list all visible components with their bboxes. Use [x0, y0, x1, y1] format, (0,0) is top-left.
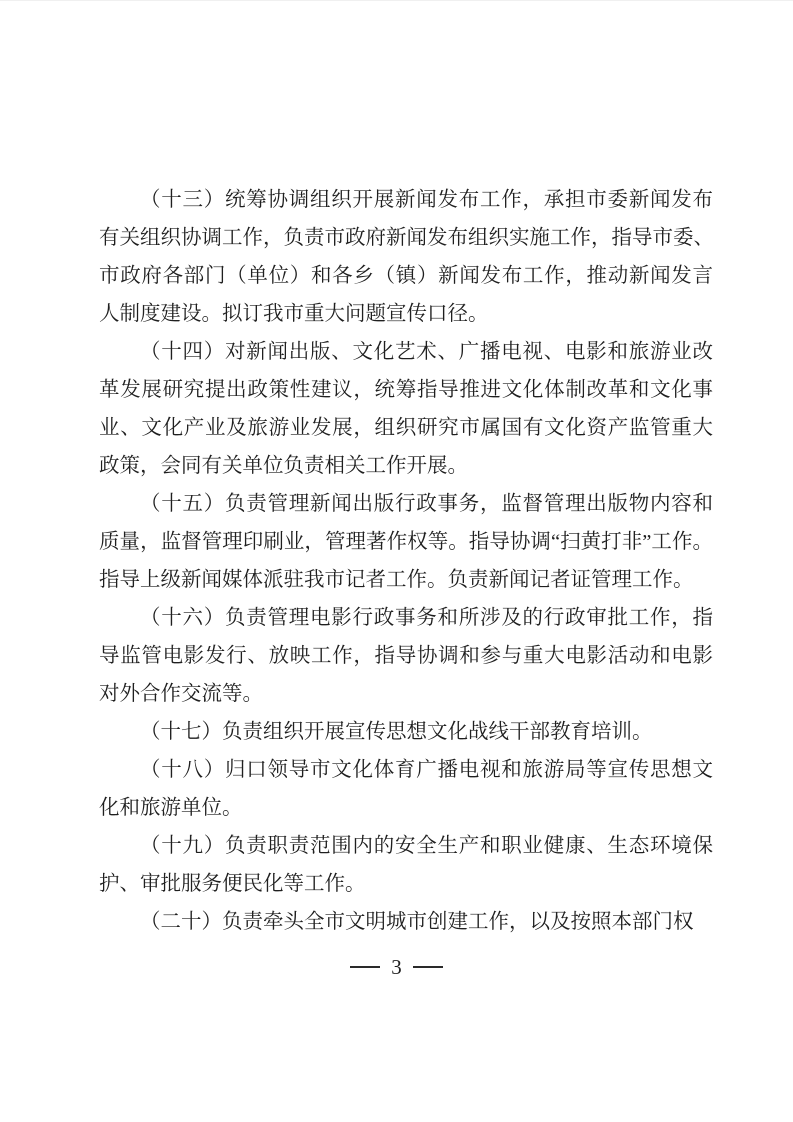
text-line: （十七）负责组织开展宣传思想文化战线干部教育培训。 [99, 713, 713, 751]
text-line: 业、文化产业及旅游业发展，组织研究市属国有文化资产监管重大 [99, 409, 713, 447]
text-line: 护、审批服务便民化等工作。 [99, 865, 713, 903]
text-line: 指导上级新闻媒体派驻我市记者工作。负责新闻记者证管理工作。 [99, 561, 713, 599]
document-body: （十三）统筹协调组织开展新闻发布工作，承担市委新闻发布 有关组织协调工作，负责市… [99, 181, 713, 941]
text-line: （十九）负责职责范围内的安全生产和职业健康、生态环境保 [99, 827, 713, 865]
text-line: 对外合作交流等。 [99, 675, 713, 713]
scan-top-edge [0, 0, 793, 1]
text-line: 政策，会同有关单位负责相关工作开展。 [99, 447, 713, 485]
footer-dash-left [350, 966, 380, 968]
document-page: （十三）统筹协调组织开展新闻发布工作，承担市委新闻发布 有关组织协调工作，负责市… [0, 0, 793, 1122]
text-line: （十八）归口领导市文化体育广播电视和旅游局等宣传思想文 [99, 751, 713, 789]
text-line: 导监管电影发行、放映工作，指导协调和参与重大电影活动和电影 [99, 637, 713, 675]
text-line: （二十）负责牵头全市文明城市创建工作，以及按照本部门权 [99, 903, 713, 941]
text-line: 人制度建设。拟订我市重大问题宣传口径。 [99, 295, 713, 333]
paragraph-13: （十三）统筹协调组织开展新闻发布工作，承担市委新闻发布 有关组织协调工作，负责市… [99, 181, 713, 333]
paragraph-19: （十九）负责职责范围内的安全生产和职业健康、生态环境保 护、审批服务便民化等工作… [99, 827, 713, 903]
text-line: （十五）负责管理新闻出版行政事务，监督管理出版物内容和 [99, 485, 713, 523]
paragraph-17: （十七）负责组织开展宣传思想文化战线干部教育培训。 [99, 713, 713, 751]
text-line: 质量，监督管理印刷业，管理著作权等。指导协调“扫黄打非”工作。 [99, 523, 713, 561]
page-footer: 3 [0, 950, 793, 982]
text-line: 市政府各部门（单位）和各乡（镇）新闻发布工作，推动新闻发言 [99, 257, 713, 295]
footer-dash-right [413, 966, 443, 968]
text-line: 有关组织协调工作，负责市政府新闻发布组织实施工作，指导市委、 [99, 219, 713, 257]
paragraph-14: （十四）对新闻出版、文化艺术、广播电视、电影和旅游业改 革发展研究提出政策性建议… [99, 333, 713, 485]
page-number: 3 [391, 951, 402, 983]
text-line: （十三）统筹协调组织开展新闻发布工作，承担市委新闻发布 [99, 181, 713, 219]
text-line: 化和旅游单位。 [99, 789, 713, 827]
paragraph-15: （十五）负责管理新闻出版行政事务，监督管理出版物内容和 质量，监督管理印刷业，管… [99, 485, 713, 599]
text-line: 革发展研究提出政策性建议，统筹指导推进文化体制改革和文化事 [99, 371, 713, 409]
paragraph-18: （十八）归口领导市文化体育广播电视和旅游局等宣传思想文 化和旅游单位。 [99, 751, 713, 827]
paragraph-16: （十六）负责管理电影行政事务和所涉及的行政审批工作，指 导监管电影发行、放映工作… [99, 599, 713, 713]
text-line: （十六）负责管理电影行政事务和所涉及的行政审批工作，指 [99, 599, 713, 637]
text-line: （十四）对新闻出版、文化艺术、广播电视、电影和旅游业改 [99, 333, 713, 371]
paragraph-20: （二十）负责牵头全市文明城市创建工作，以及按照本部门权 [99, 903, 713, 941]
